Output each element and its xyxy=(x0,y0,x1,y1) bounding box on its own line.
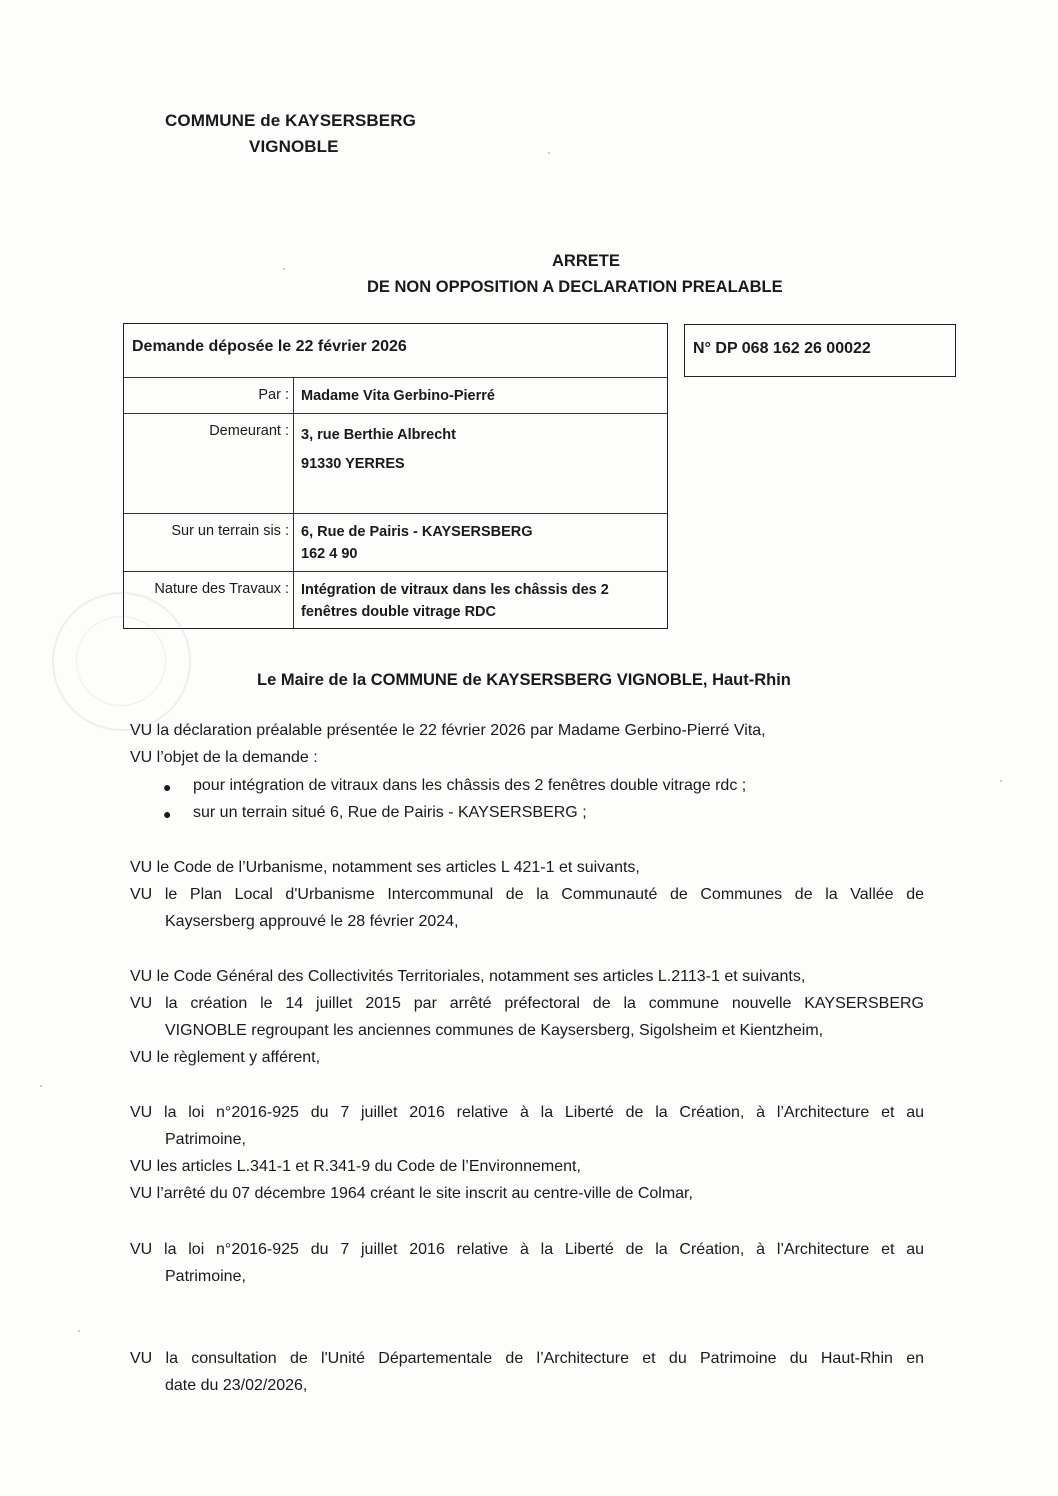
visa-plui-line2: Kaysersberg approuvé le 28 février 2024, xyxy=(165,913,459,931)
visa-creation-line1: VU la création le 14 juillet 2015 par ar… xyxy=(130,995,924,1013)
visa-udap-line2: date du 23/02/2026, xyxy=(165,1377,307,1395)
label-terrain: Sur un terrain sis : xyxy=(171,523,289,539)
applicant-name: Madame Vita Gerbino-Pierré xyxy=(301,385,495,407)
visa-loi-cap-repeat-line2: Patrimoine, xyxy=(165,1268,246,1286)
maire-heading: Le Maire de la COMMUNE de KAYSERSBERG VI… xyxy=(257,671,791,690)
visa-plui-line1: VU le Plan Local d'Urbanisme Intercommun… xyxy=(130,886,924,904)
visa-reglement: VU le règlement y afférent, xyxy=(130,1049,320,1067)
objet-bullet-2: sur un terrain situé 6, Rue de Pairis - … xyxy=(193,804,587,822)
municipal-seal-stamp-icon xyxy=(52,592,191,731)
works-line2: fenêtres double vitrage RDC xyxy=(301,601,609,623)
dossier-number-box: N° DP 068 162 26 00022 xyxy=(684,324,956,377)
objet-bullet-1: pour intégration de vitraux dans les châ… xyxy=(193,777,746,795)
terrain-address: 6, Rue de Pairis - KAYSERSBERG xyxy=(301,521,533,543)
visa-code-environnement: VU les articles L.341-1 et R.341-9 du Co… xyxy=(130,1158,581,1176)
label-par: Par : xyxy=(258,387,289,403)
value-terrain: 6, Rue de Pairis - KAYSERSBERG 162 4 90 xyxy=(301,521,533,565)
visa-loi-cap-line2: Patrimoine, xyxy=(165,1131,246,1149)
value-address: 3, rue Berthie Albrecht 91330 YERRES xyxy=(301,421,456,479)
commune-name-line2: VIGNOBLE xyxy=(249,137,339,157)
visa-arrete-1964: VU l’arrêté du 07 décembre 1964 créant l… xyxy=(130,1185,693,1203)
table-divider xyxy=(124,513,667,514)
value-nature-travaux: Intégration de vitraux dans les châssis … xyxy=(301,579,609,623)
scan-speck xyxy=(283,268,285,270)
table-column-divider xyxy=(293,378,294,628)
scan-speck xyxy=(1000,780,1002,782)
dossier-number: N° DP 068 162 26 00022 xyxy=(693,340,871,358)
visa-cgct: VU le Code Général des Collectivités Ter… xyxy=(130,968,805,986)
bullet-icon: ● xyxy=(163,779,171,795)
terrain-parcel: 162 4 90 xyxy=(301,543,533,565)
visa-loi-cap-line1: VU la loi n°2016-925 du 7 juillet 2016 r… xyxy=(130,1104,924,1122)
visa-declaration: VU la déclaration préalable présentée le… xyxy=(130,722,766,740)
table-divider xyxy=(124,413,667,414)
works-line1: Intégration de vitraux dans les châssis … xyxy=(301,579,609,601)
visa-udap-line1: VU la consultation de l'Unité Départemen… xyxy=(130,1350,924,1368)
visa-creation-line2: VIGNOBLE regroupant les anciennes commun… xyxy=(165,1022,823,1040)
document-subtitle: DE NON OPPOSITION A DECLARATION PREALABL… xyxy=(367,278,783,297)
table-divider xyxy=(124,377,667,378)
label-nature-travaux: Nature des Travaux : xyxy=(154,581,289,597)
scan-speck xyxy=(40,1085,42,1087)
bullet-icon: ● xyxy=(163,806,171,822)
commune-name-line1: COMMUNE de KAYSERSBERG xyxy=(165,111,416,131)
value-applicant: Madame Vita Gerbino-Pierré xyxy=(301,385,495,407)
label-demeurant: Demeurant : xyxy=(209,423,289,439)
table-divider xyxy=(124,571,667,572)
scan-speck xyxy=(548,152,550,154)
visa-objet: VU l’objet de la demande : xyxy=(130,749,318,767)
visa-code-urbanisme: VU le Code de l’Urbanisme, notamment ses… xyxy=(130,859,640,877)
address-line2: 91330 YERRES xyxy=(301,450,456,479)
request-table: Demande déposée le 22 février 2026 Par :… xyxy=(123,323,668,629)
deposit-date: Demande déposée le 22 février 2026 xyxy=(132,338,407,356)
scan-speck xyxy=(78,1330,80,1332)
visa-loi-cap-repeat-line1: VU la loi n°2016-925 du 7 juillet 2016 r… xyxy=(130,1241,924,1259)
address-line1: 3, rue Berthie Albrecht xyxy=(301,421,456,450)
document-title: ARRETE xyxy=(552,252,620,271)
